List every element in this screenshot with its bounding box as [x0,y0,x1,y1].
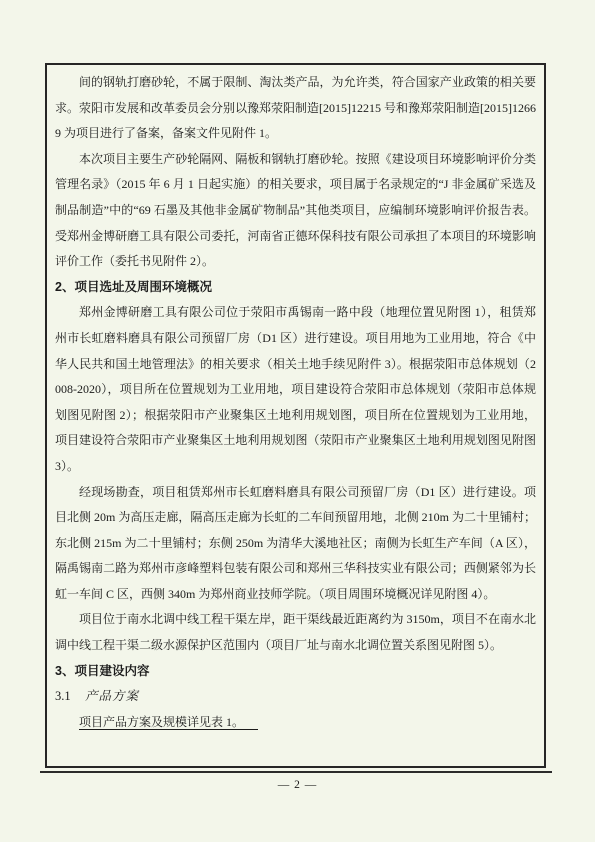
product-table-reference-text: 项目产品方案及规模详见表 1。 [79,715,258,730]
subheading-product-plan: 3.1 产品方案 [55,684,536,710]
paragraph-location-planning: 郑州金博研磨工具有限公司位于荥阳市禹锡南一路中段（地理位置见附图 1），租赁郑州… [55,300,536,479]
subheading-product-title: 产品方案 [85,689,139,703]
paragraph-product-table-reference: 项目产品方案及规模详见表 1。 [55,710,536,736]
paragraph-water-diversion: 项目位于南水北调中线工程干渠左岸，距干渠线最近距离约为 3150m，项目不在南水… [55,607,536,658]
heading-site-selection: 2、项目选址及周围环境概况 [55,275,536,301]
paragraph-project-category: 本次项目主要生产砂轮隔网、隔板和钢轨打磨砂轮。按照《建设项目环境影响评价分类管理… [55,147,536,275]
paragraph-site-survey: 经现场勘查，项目租赁郑州市长虹磨料磨具有限公司预留厂房（D1 区）进行建设。项目… [55,480,536,608]
paragraph-policy-continuation: 间的钢轨打磨砂轮，不属于限制、淘汰类产品，为允许类，符合国家产业政策的相关要求。… [55,70,536,147]
report-form-cell-frame: 间的钢轨打磨砂轮，不属于限制、淘汰类产品，为允许类，符合国家产业政策的相关要求。… [45,63,546,768]
subheading-product-number: 3.1 [55,689,71,703]
heading-construction-content: 3、项目建设内容 [55,659,536,685]
frame-bottom-double-rule [40,771,552,773]
page-number: — 2 — [0,779,595,791]
